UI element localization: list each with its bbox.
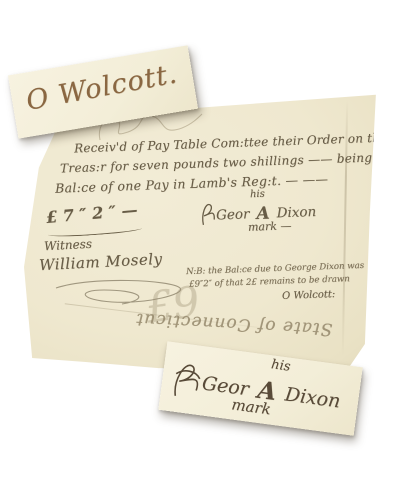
witness-signature: William Mosely: [39, 250, 163, 274]
dixon-mark-label: mark —: [248, 219, 292, 234]
signature-flourish-icon: [170, 359, 205, 401]
photo-canvas: Receiv'd of Pay Table Com:ttee their Ord…: [0, 0, 412, 500]
wolcott-signature: O Wolcott.: [24, 58, 180, 116]
wolcott-note-signature: O Wolcott:: [282, 289, 336, 302]
amount-underline-flourish: [48, 225, 142, 239]
dixon-first-name: Geor: [216, 206, 250, 223]
dixon-clip-mark-label: mark: [230, 395, 271, 418]
dixon-his-label: his: [250, 189, 265, 201]
dixon-clip-surname: Dixon: [284, 383, 342, 412]
docket-upside-down: State of Connecticut: [112, 308, 357, 341]
amount-figure: £ 7 ″ 2 ″ —: [45, 200, 138, 227]
body-line-3: Bal:ce of one Pay in Lamb's Reg:t. — ——: [55, 171, 329, 196]
witness-label: Witness: [44, 237, 93, 253]
nb-note-line-2: £9″2″ of that 2£ remains to be drawn: [189, 274, 350, 290]
manuscript-document: Receiv'd of Pay Table Com:ttee their Ord…: [24, 92, 378, 372]
signature-flourish-icon: [200, 201, 217, 226]
